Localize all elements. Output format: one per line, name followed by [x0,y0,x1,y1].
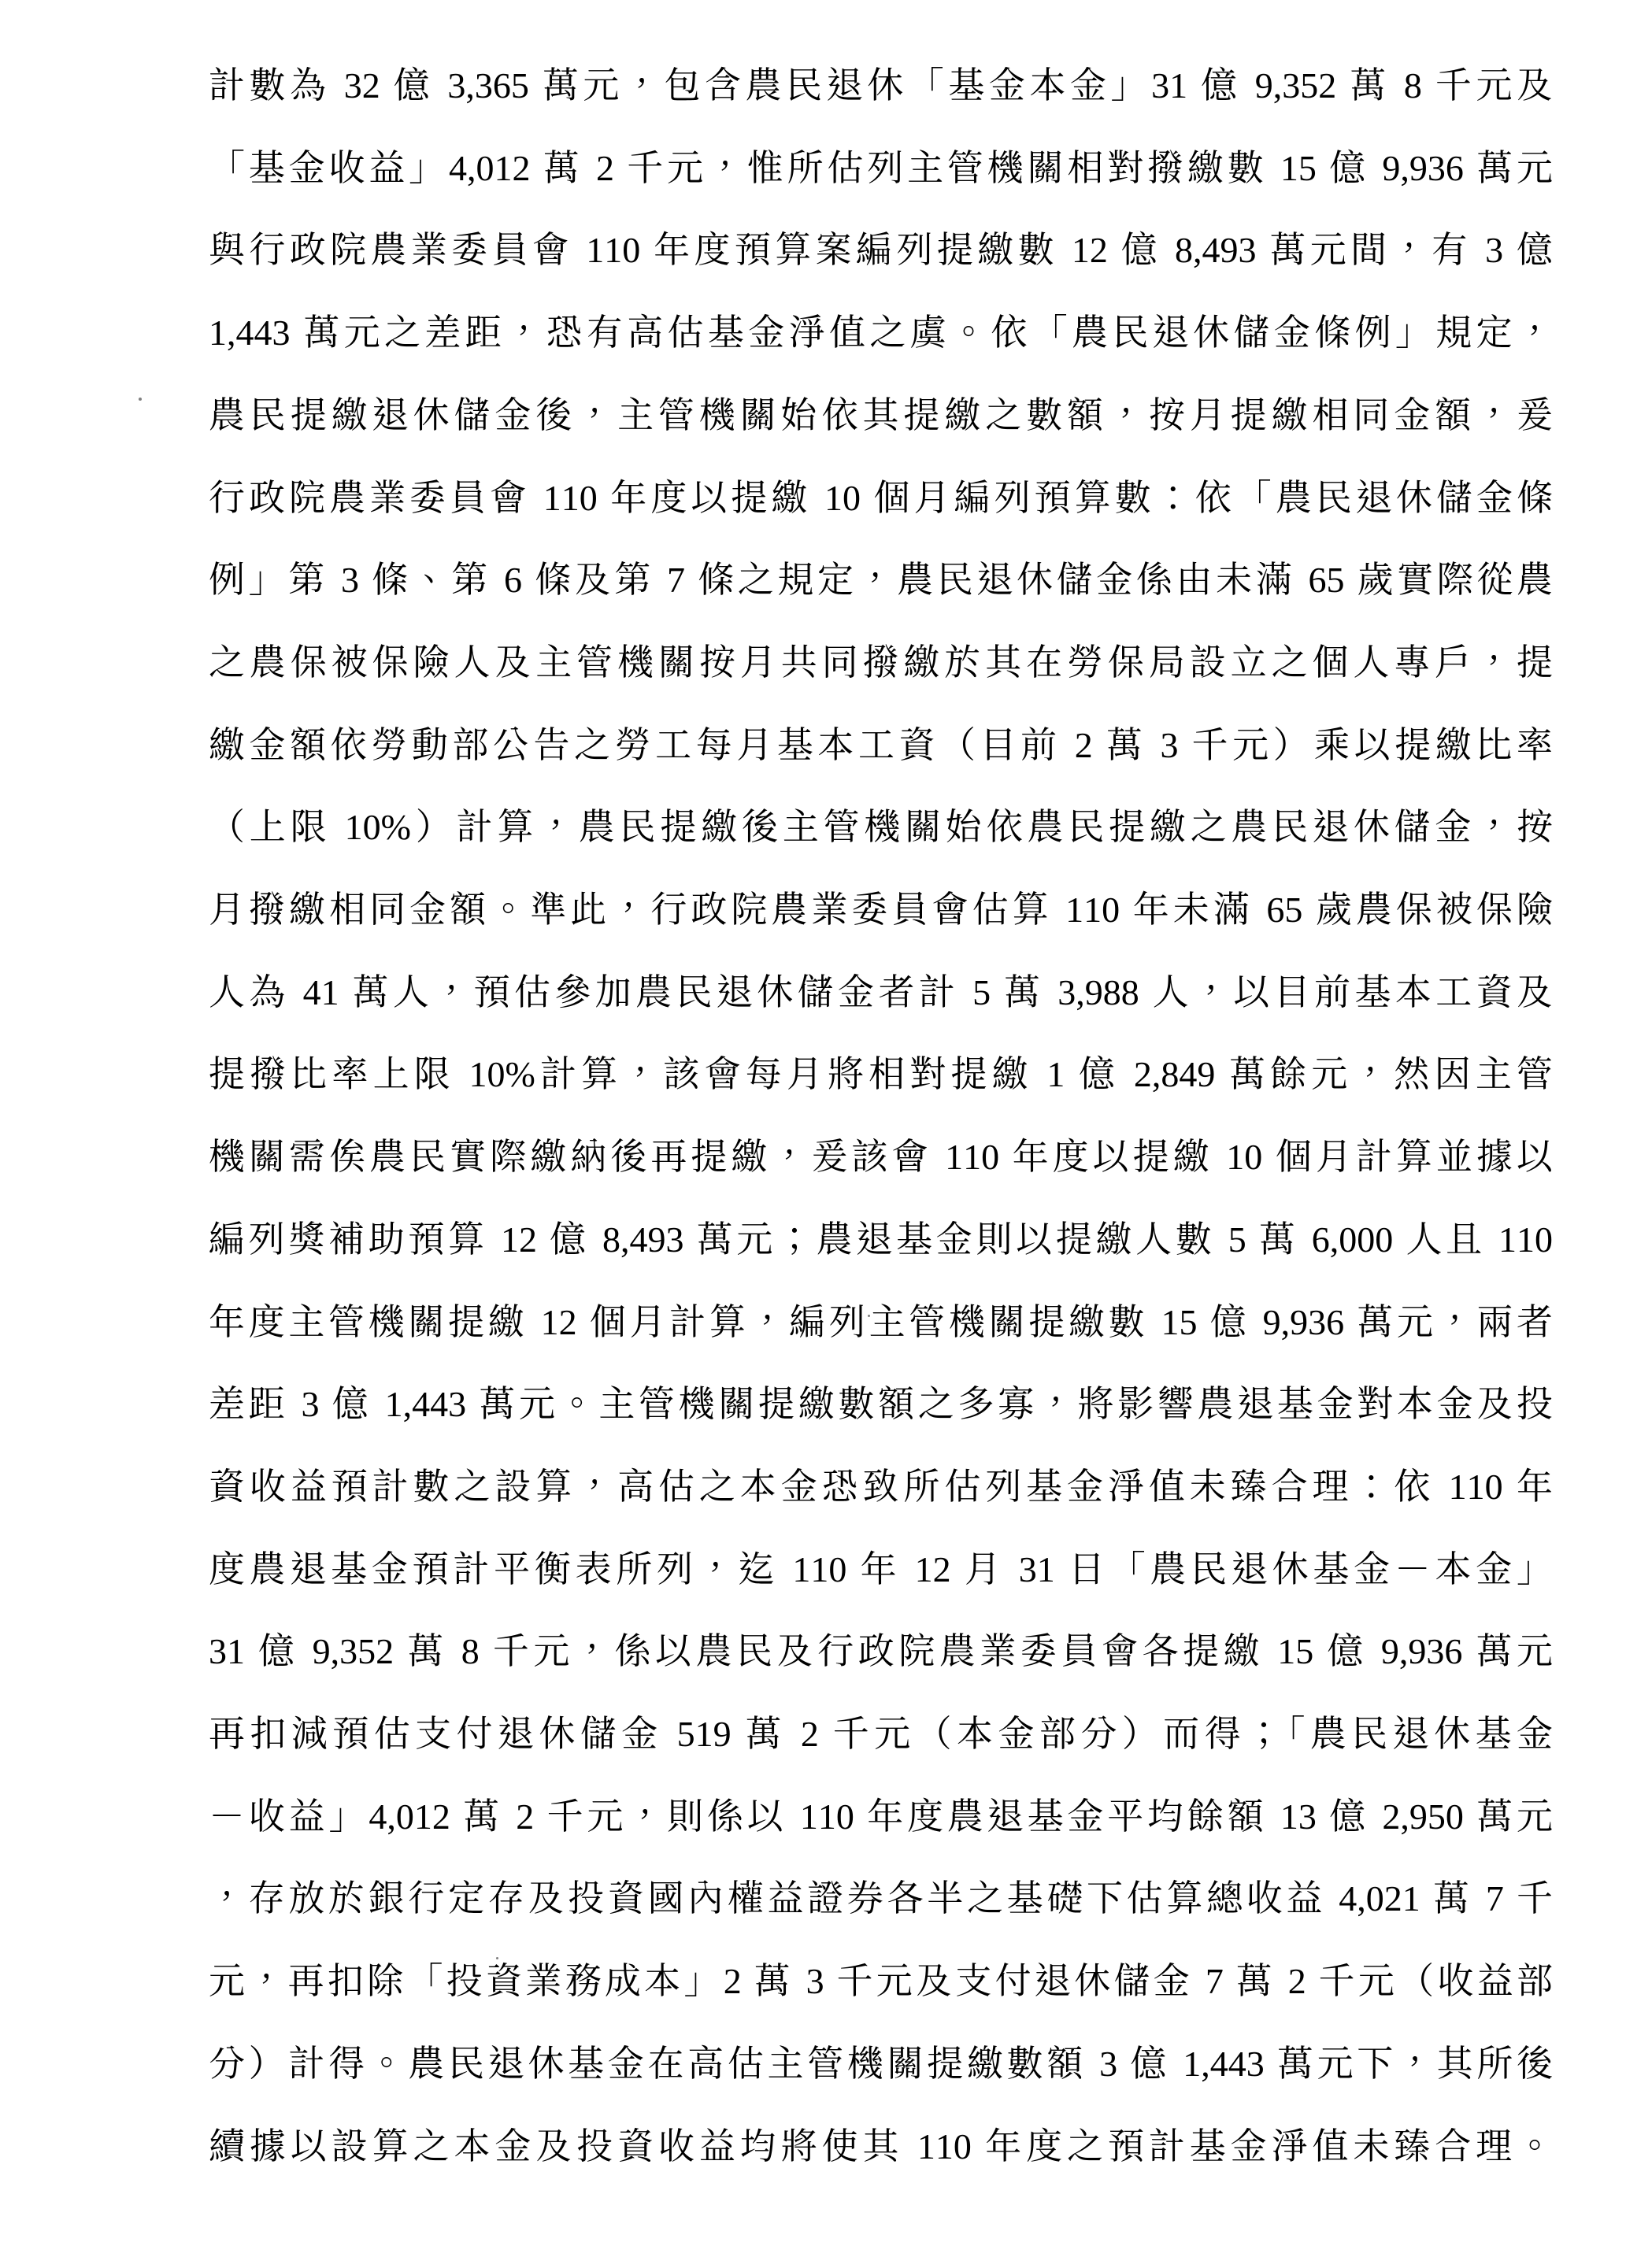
text-line: 月撥繳相同金額。準此，行政院農業委員會估算 110 年未滿 65 歲農保被保險 [209,869,1553,952]
text-line: 與行政院農業委員會 110 年度預算案編列提繳數 12 億 8,493 萬元間，… [209,209,1553,292]
text-line: 人為 41 萬人，預估參加農民退休儲金者計 5 萬 3,988 人，以目前基本工… [209,952,1553,1034]
text-line: －收益」4,012 萬 2 千元，則係以 110 年度農退基金平均餘額 13 億… [209,1776,1553,1859]
text-line: 行政院農業委員會 110 年度以提繳 10 個月編列預算數：依「農民退休儲金條 [209,457,1553,540]
text-line: 機關需俟農民實際繳納後再提繳，爰該會 110 年度以提繳 10 個月計算並據以 [209,1116,1553,1199]
scan-speck [139,398,142,401]
text-line: ，存放於銀行定存及投資國內權益證券各半之基礎下估算總收益 4,021 萬 7 千 [209,1858,1553,1941]
text-line: 分）計得。農民退休基金在高估主管機關提繳數額 3 億 1,443 萬元下，其所後 [209,2023,1553,2106]
text-line: 之農保被保險人及主管機關按月共同撥繳於其在勞保局設立之個人專戶，提 [209,622,1553,705]
text-line: 繳金額依勞動部公告之勞工每月基本工資（目前 2 萬 3 千元）乘以提繳比率 [209,705,1553,787]
text-line: 例」第 3 條、第 6 條及第 7 條之規定，農民退休儲金係由未滿 65 歲實際… [209,539,1553,622]
text-line: 1,443 萬元之差距，恐有高估基金淨值之虞。依「農民退休儲金條例」規定， [209,292,1553,375]
text-line: 續據以設算之本金及投資收益均將使其 110 年度之預計基金淨值未臻合理。 [209,2106,1553,2188]
document-page: 計數為 32 億 3,365 萬元，包含農民退休「基金本金」31 億 9,352… [0,0,1626,2268]
scan-speck [496,1957,498,1959]
text-line: 計數為 32 億 3,365 萬元，包含農民退休「基金本金」31 億 9,352… [209,45,1553,128]
text-line: 編列獎補助預算 12 億 8,493 萬元；農退基金則以提繳人數 5 萬 6,0… [209,1199,1553,1282]
text-line: 資收益預計數之設算，高估之本金恐致所估列基金淨值未臻合理：依 110 年 [209,1446,1553,1529]
text-line: 年度主管機關提繳 12 個月計算，編列主管機關提繳數 15 億 9,936 萬元… [209,1282,1553,1364]
text-line: 提撥比率上限 10%計算，該會每月將相對提繳 1 億 2,849 萬餘元，然因主… [209,1034,1553,1116]
text-line: 度農退基金預計平衡表所列，迄 110 年 12 月 31 日「農民退休基金－本金… [209,1529,1553,1611]
text-line: 再扣減預估支付退休儲金 519 萬 2 千元（本金部分）而得；「農民退休基金 [209,1693,1553,1776]
scan-speck [868,1315,870,1317]
paragraph-text: 計數為 32 億 3,365 萬元，包含農民退休「基金本金」31 億 9,352… [209,45,1553,2188]
text-line: 農民提繳退休儲金後，主管機關始依其提繳之數額，按月提繳相同金額，爰 [209,375,1553,457]
text-line: （上限 10%）計算，農民提繳後主管機關始依農民提繳之農民退休儲金，按 [209,786,1553,869]
text-line: 31 億 9,352 萬 8 千元，係以農民及行政院農業委員會各提繳 15 億 … [209,1611,1553,1693]
text-line: 元，再扣除「投資業務成本」2 萬 3 千元及支付退休儲金 7 萬 2 千元（收益… [209,1941,1553,2023]
text-line: 差距 3 億 1,443 萬元。主管機關提繳數額之多寡，將影響農退基金對本金及投 [209,1363,1553,1446]
text-line: 「基金收益」4,012 萬 2 千元，惟所估列主管機關相對撥繳數 15 億 9,… [209,128,1553,210]
